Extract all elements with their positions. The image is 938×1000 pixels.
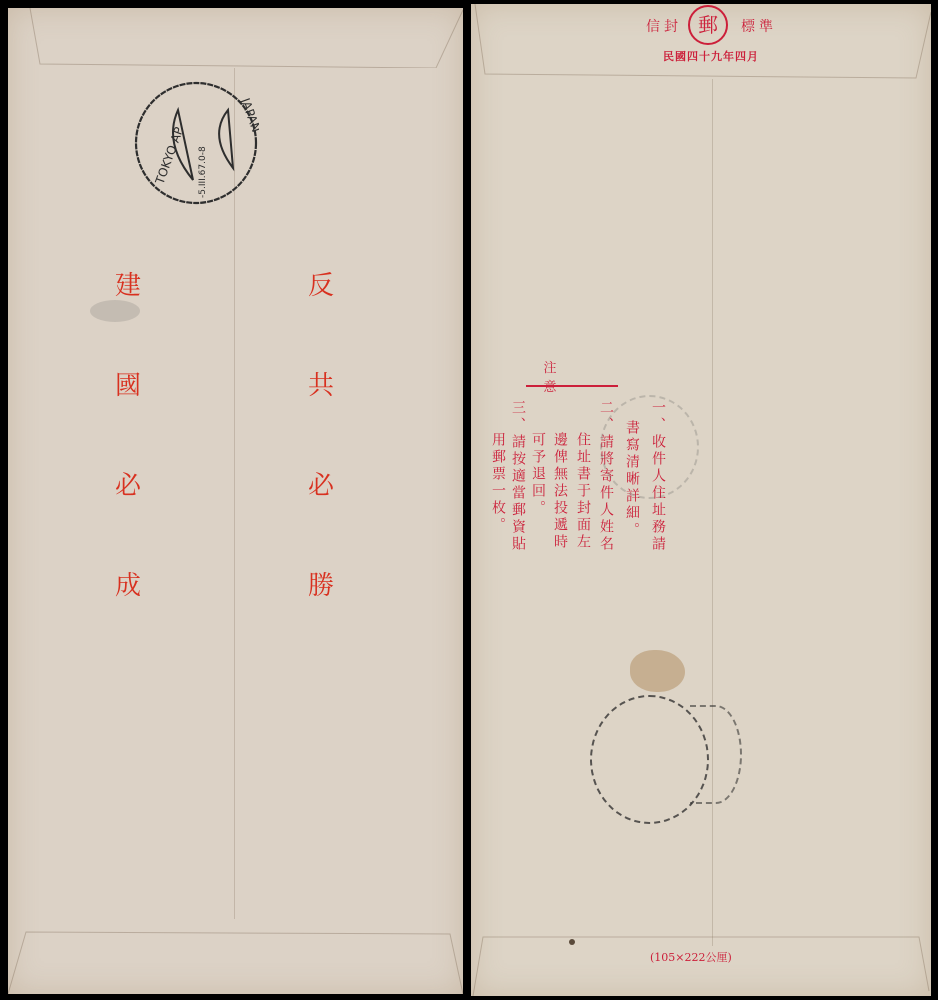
slogan-char: 必: [308, 465, 334, 502]
slogan-char: 成: [115, 565, 141, 602]
stain: [630, 650, 685, 692]
tokyo-postmark: TOKYO AP JAPAN -5.III.67.0-8: [133, 80, 259, 206]
ink-smudge: [90, 300, 140, 322]
center-seam: [712, 79, 713, 946]
faint-postmark: [600, 395, 699, 499]
postmark-circle-icon: TOKYO AP JAPAN -5.III.67.0-8: [133, 80, 259, 206]
svg-text:-5.III.67.0-8: -5.III.67.0-8: [198, 146, 208, 198]
notice-column: 邊俾無法投遞時: [552, 432, 568, 551]
header-left-label: 標準: [741, 16, 777, 36]
slogan-char: 必: [115, 465, 141, 502]
header-date-line: 民國四十九年四月: [663, 48, 759, 64]
postal-seal-icon: 郵: [688, 5, 728, 45]
slogan-char: 國: [115, 365, 141, 402]
notice-title: 注意: [520, 357, 620, 395]
svg-text:JAPAN: JAPAN: [238, 95, 259, 134]
backstamp-partial: [690, 705, 742, 804]
slogan-char: 共: [308, 365, 334, 402]
top-flap: [8, 8, 463, 68]
slogan-char: 勝: [308, 565, 334, 602]
notice-underline: [526, 385, 618, 387]
notice-column: 三、請按適當郵資貼: [510, 400, 526, 553]
notice-column: 可予退回。: [530, 432, 546, 517]
envelope-size-note: (105×222公厘): [650, 949, 732, 965]
bottom-flap: [8, 924, 463, 994]
notice-column: 住址書于封面左: [575, 432, 591, 551]
header-right-label: 信封: [646, 16, 682, 36]
slogan-char: 建: [115, 265, 141, 302]
svg-text:TOKYO AP: TOKYO AP: [152, 125, 186, 187]
dot: [569, 939, 575, 945]
slogan-char: 反: [308, 265, 334, 302]
notice-column: 用郵票一枚。: [490, 432, 506, 534]
